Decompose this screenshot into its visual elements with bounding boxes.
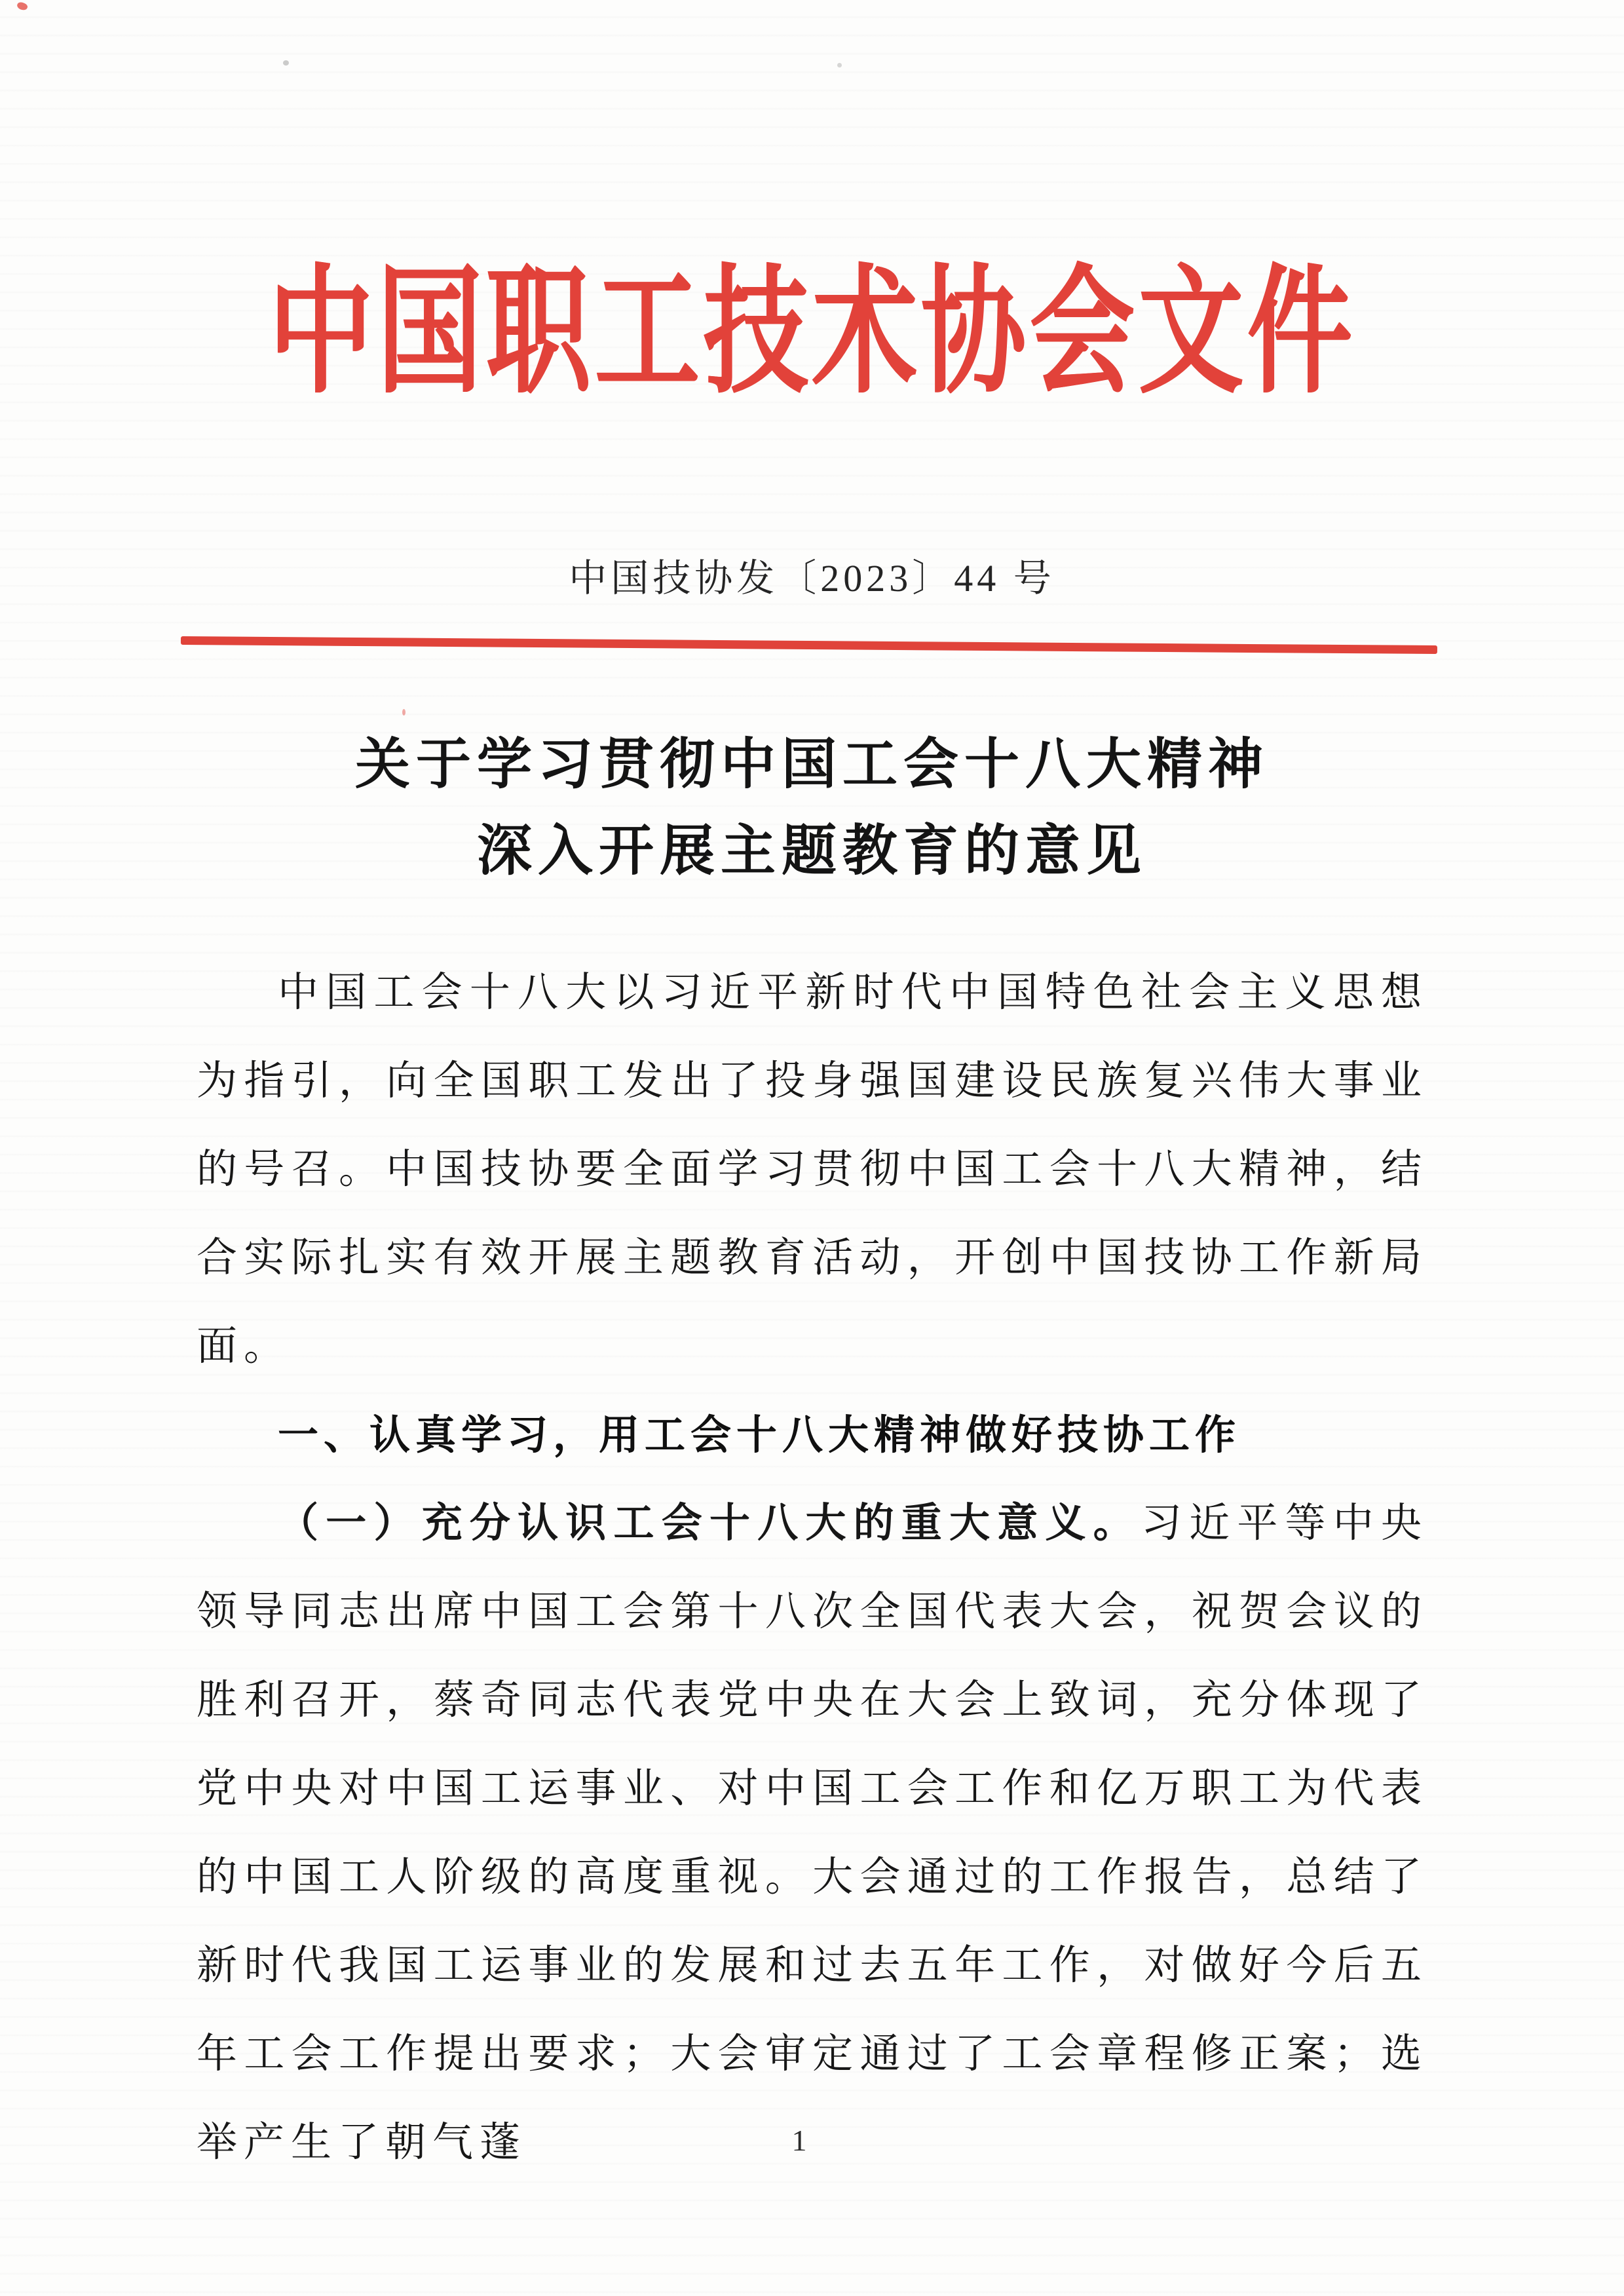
document-page: 中国职工技术协会文件 中国技协发〔2023〕44 号 关于学习贯彻中国工会十八大… (0, 0, 1624, 2296)
paragraph-lead-bold: （一）充分认识工会十八大的重大意义。 (278, 1501, 1141, 1546)
page-number: 1 (773, 2123, 825, 2158)
scan-speck-red (16, 1, 28, 12)
scan-speck-gray (837, 63, 842, 67)
paragraph-intro: 中国工会十八大以习近平新时代中国特色社会主义思想为指引，向全国职工发出了投身强国… (197, 949, 1428, 1391)
paragraph-body-text: 习近平等中央领导同志出席中国工会第十八次全国代表大会，祝贺会议的胜利召开，蔡奇同… (197, 1501, 1428, 2165)
document-number: 中国技协发〔2023〕44 号 (0, 554, 1624, 603)
scan-speck-gray (283, 60, 289, 66)
document-title: 关于学习贯彻中国工会十八大精神 深入开展主题教育的意见 (0, 722, 1624, 895)
red-divider-rule (181, 636, 1437, 654)
document-body: 中国工会十八大以习近平新时代中国特色社会主义思想为指引，向全国职工发出了投身强国… (197, 949, 1428, 2187)
letterhead-title: 中国职工技术协会文件 (0, 246, 1624, 419)
paragraph-section-1-item-1: （一）充分认识工会十八大的重大意义。习近平等中央领导同志出席中国工会第十八次全国… (197, 1480, 1428, 2187)
document-title-line-2: 深入开展主题教育的意见 (0, 809, 1624, 895)
scan-speck-red (402, 709, 406, 716)
document-title-line-1: 关于学习贯彻中国工会十八大精神 (0, 722, 1624, 809)
section-heading-1: 一、认真学习，用工会十八大精神做好技协工作 (197, 1391, 1428, 1480)
